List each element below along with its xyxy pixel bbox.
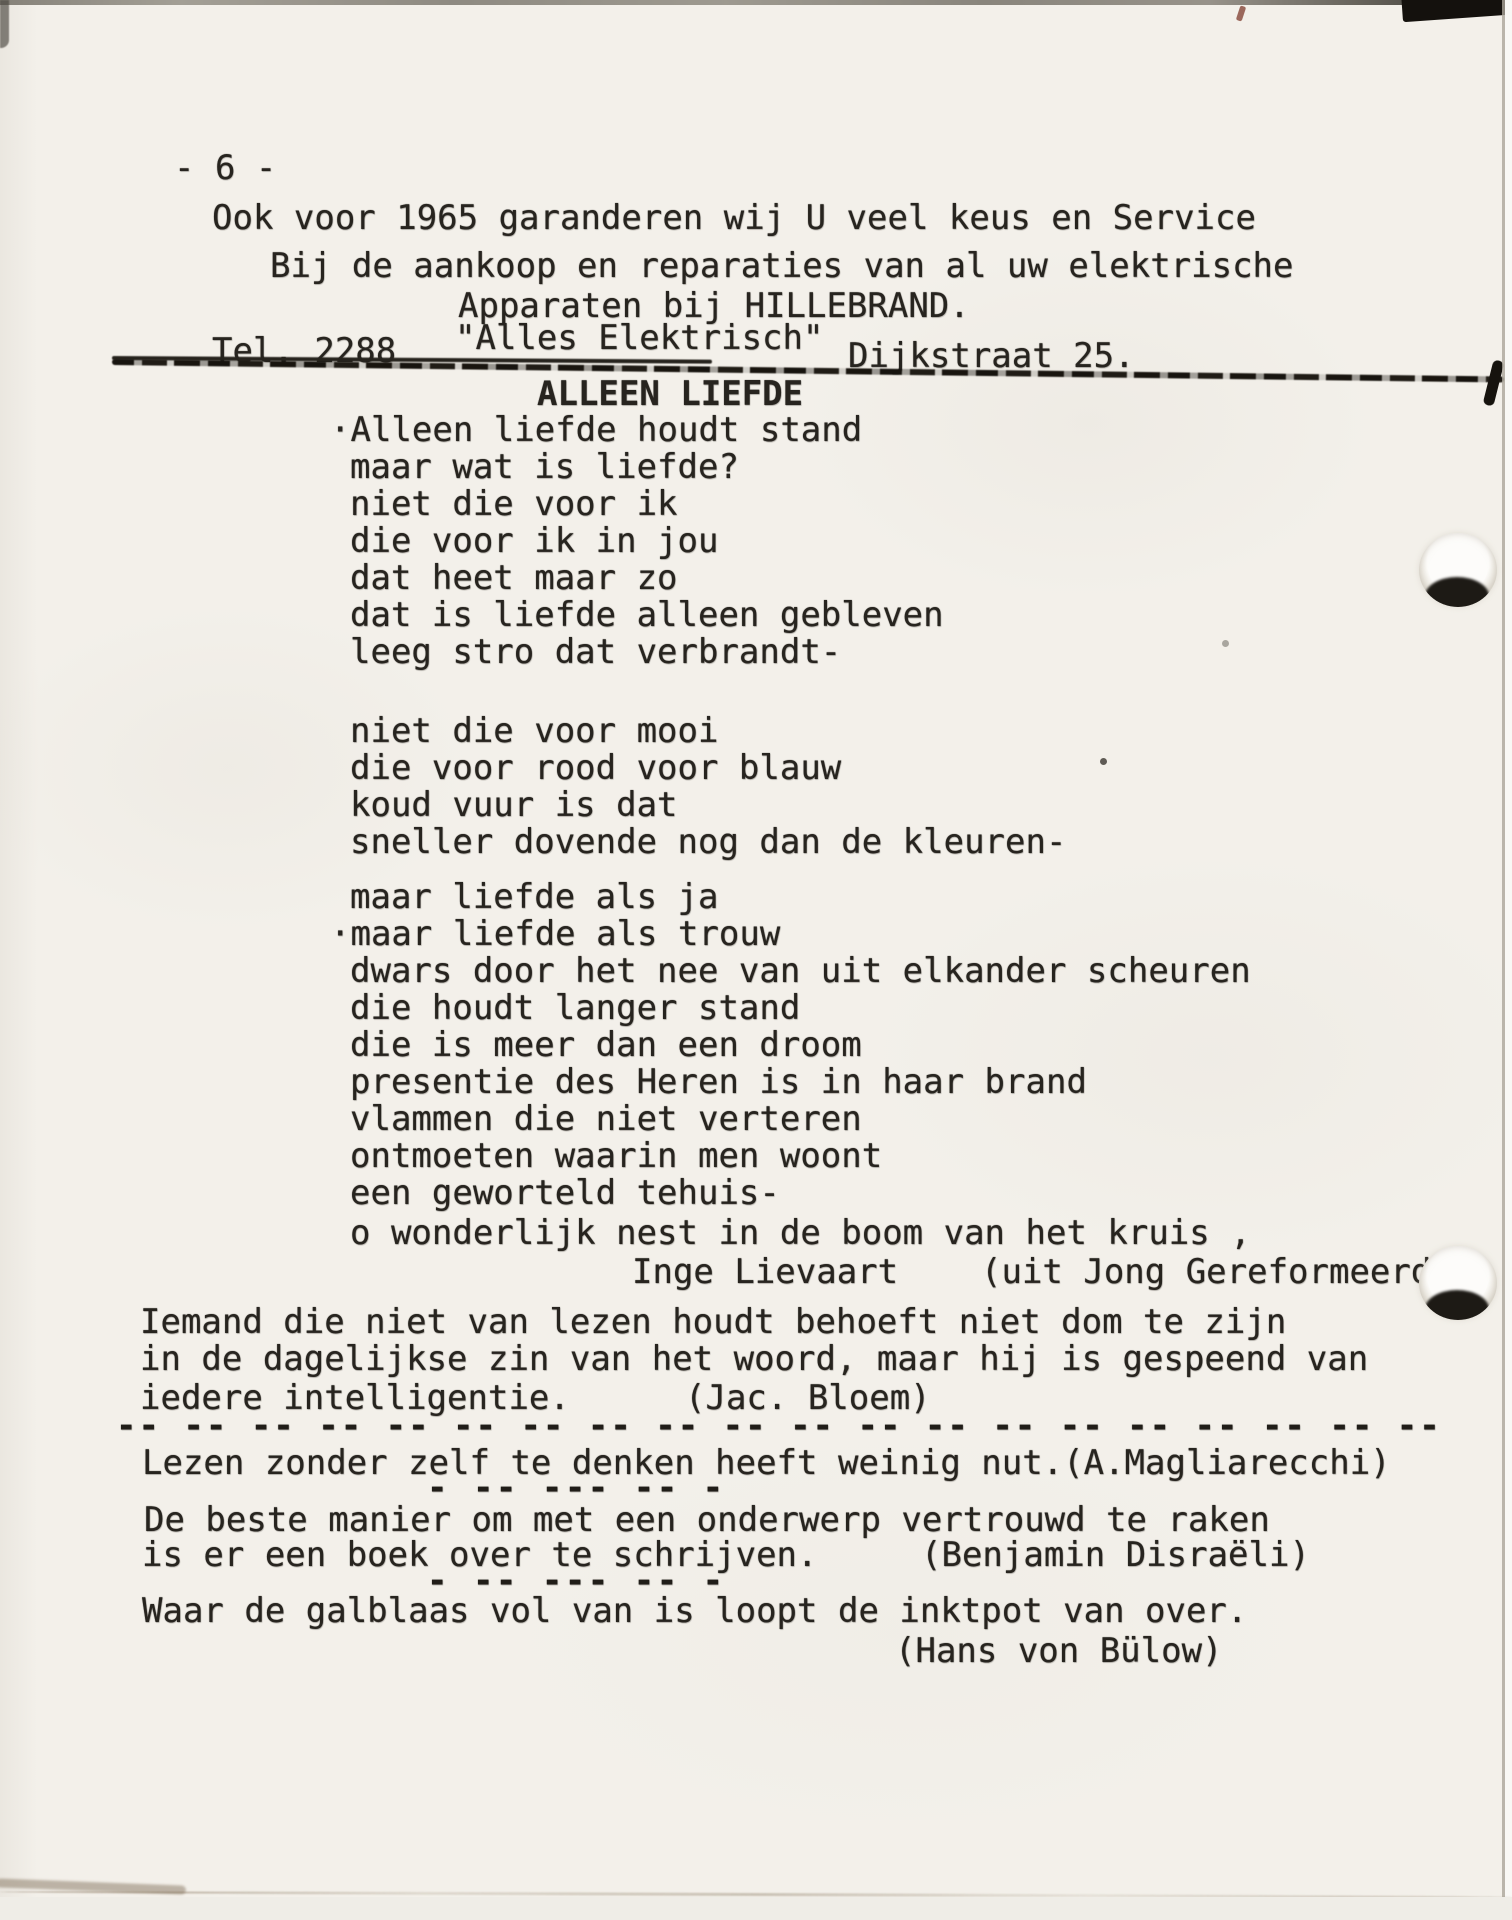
quote-line: De beste manier om met een onderwerp ver… [144,1502,1270,1538]
poem-line: presentie des Heren is in haar brand [350,1064,1087,1100]
page-top-edge-shadow [0,0,1512,5]
scan-background-right [1505,0,1512,1920]
quote-line: Waar de galblaas vol van is loopt de ink… [142,1593,1247,1629]
poem-line: ontmoeten waarin men woont [350,1138,882,1174]
poem-line: koud vuur is dat [350,787,678,823]
quote-line: Iemand die niet van lezen houdt behoeft … [140,1304,1286,1340]
quote-attribution: (Benjamin Disraëli) [921,1537,1310,1573]
page-number: - 6 - [174,150,276,186]
poem-line: niet die voor ik [350,486,678,522]
area-below-tear [0,1897,1512,1920]
poem-line: die is meer dan een droom [350,1027,862,1063]
poem-author: Inge Lievaart [632,1254,898,1290]
poem-line: vlammen die niet verteren [350,1101,862,1137]
poem-line: maar liefde als ja [350,879,718,915]
poem-line: die voor rood voor blauw [350,750,841,786]
poem-line: ·maar liefde als trouw [330,916,780,952]
ink-speck [1100,758,1107,765]
punch-hole-top [1419,533,1497,607]
ad-line-1: Ook voor 1965 garanderen wij U veel keus… [212,200,1256,236]
quote-attribution: (Hans von Bülow) [895,1633,1223,1669]
poem-line: een geworteld tehuis- [350,1175,780,1211]
poem-line: dwars door het nee van uit elkander sche… [350,953,1251,989]
ink-speck [1222,640,1229,647]
poem-line: leeg stro dat verbrandt- [350,634,841,670]
ad-line-4: "Alles Elektrisch" [455,320,823,356]
poem-source: (uit Jong Gereformeerd) [981,1254,1452,1290]
poem-title: ALLEEN LIEFDE [537,376,803,412]
quote-line: in de dagelijkse zin van het woord, maar… [140,1341,1368,1377]
punch-hole-bottom [1419,1246,1497,1320]
page-right-edge [1502,0,1505,1920]
poem-closing-line: o wonderlijk nest in de boom van het kru… [350,1215,1251,1251]
ad-line-2: Bij de aankoop en reparaties van al uw e… [270,248,1294,284]
poem-line: die houdt langer stand [350,990,800,1026]
dash-separator-row: -- -- -- -- -- -- -- -- -- -- -- -- -- -… [116,1408,1442,1444]
page-content: - 6 - Ook voor 1965 garanderen wij U vee… [0,0,1512,1920]
scanned-document-page: { "page_number": "- 6 -", "advertisement… [0,0,1512,1920]
poem-line: die voor ik in jou [350,523,718,559]
poem-line: niet die voor mooi [350,713,718,749]
poem-line: sneller dovende nog dan de kleuren- [350,824,1066,860]
poem-line: ·Alleen liefde houdt stand [330,412,862,448]
poem-line: dat heet maar zo [350,560,678,596]
poem-line: dat is liefde alleen gebleven [350,597,944,633]
quote-line: Lezen zonder zelf te denken heeft weinig… [142,1445,1391,1481]
page-top-left-corner-mark [0,0,9,48]
poem-line: maar wat is liefde? [350,449,739,485]
